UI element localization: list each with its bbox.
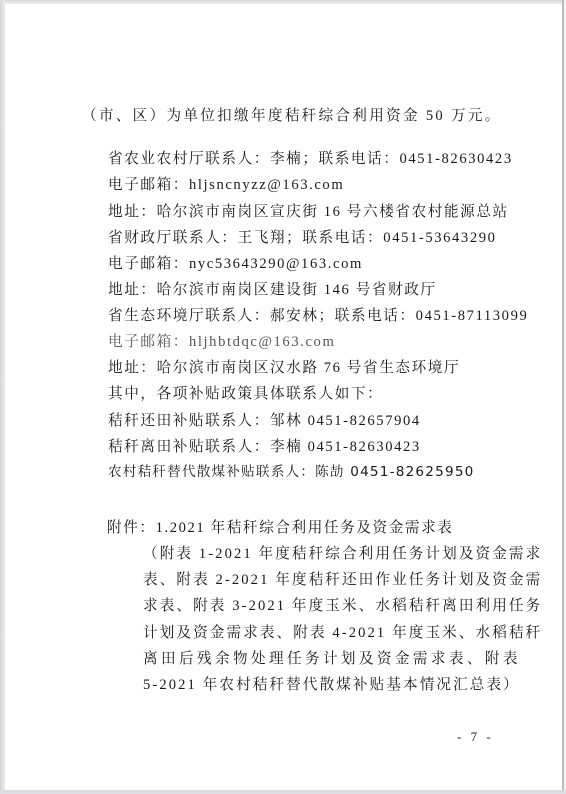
subsidy-contacts-intro: 其中，各项补贴政策具体联系人如下：: [108, 385, 383, 403]
attachment-heading: 附件：1.2021 年秸秆综合利用任务及资金需求表: [107, 519, 453, 537]
agri-dept-address: 地址：哈尔滨市南岗区宣庆街 16 号六楼省农村能源总站: [108, 203, 509, 221]
finance-dept-email: 电子邮箱：nyc53643290@163.com: [108, 255, 363, 273]
straw-removal-subsidy-contact: 秸秆离田补贴联系人：李楠 0451-82630423: [108, 438, 421, 456]
agri-dept-email: 电子邮箱：hljsncnyzz@163.com: [108, 176, 344, 194]
attachment-sub-line-3: 求表、附表 3-2021 年度玉米、水稻秸秆离田利用任务: [143, 597, 542, 615]
eco-env-dept-email: 电子邮箱：hljhbtdqc@163.com: [108, 333, 335, 351]
eco-env-dept-address: 地址：哈尔滨市南岗区汉水路 76 号省生态环境厅: [108, 359, 460, 377]
funding-deduction-text: （市、区）为单位扣缴年度秸秆综合利用资金 50 万元。: [82, 107, 502, 125]
eco-env-dept-contact: 省生态环境厅联系人：郝安林；联系电话：0451-87113099: [108, 307, 528, 325]
finance-dept-address: 地址：哈尔滨市南岗区建设街 146 号省财政厅: [108, 281, 437, 299]
straw-coal-substitute-subsidy-contact: 农村秸秆替代散煤补贴联系人：陈劼 0451-82625950: [108, 463, 475, 481]
document-page: （市、区）为单位扣缴年度秸秆综合利用资金 50 万元。 省农业农村厅联系人：李楠…: [5, 4, 562, 790]
finance-dept-contact: 省财政厅联系人：王飞翔；联系电话：0451-53643290: [108, 229, 497, 247]
attachment-sub-line-5: 离田后残余物处理任务计划及资金需求表、附表: [143, 650, 521, 668]
attachment-sub-line-6: 5-2021 年农村秸秆替代散煤补贴基本情况汇总表）: [143, 676, 520, 694]
page-number: - 7 -: [457, 729, 494, 745]
agri-dept-contact: 省农业农村厅联系人：李楠；联系电话：0451-82630423: [108, 150, 513, 168]
attachment-sub-line-4: 计划及资金需求表、附表 4-2021 年度玉米、水稻秸秆: [143, 624, 542, 642]
attachment-sub-line-1: （附表 1-2021 年度秸秆综合利用任务计划及资金需求: [143, 545, 542, 563]
page-frame-bottom: [0, 790, 566, 794]
straw-return-subsidy-contact: 秸秆还田补贴联系人：邹林 0451-82657904: [108, 412, 421, 430]
attachment-sub-line-2: 表、附表 2-2021 年度秸秆还田作业任务计划及资金需: [143, 571, 542, 589]
